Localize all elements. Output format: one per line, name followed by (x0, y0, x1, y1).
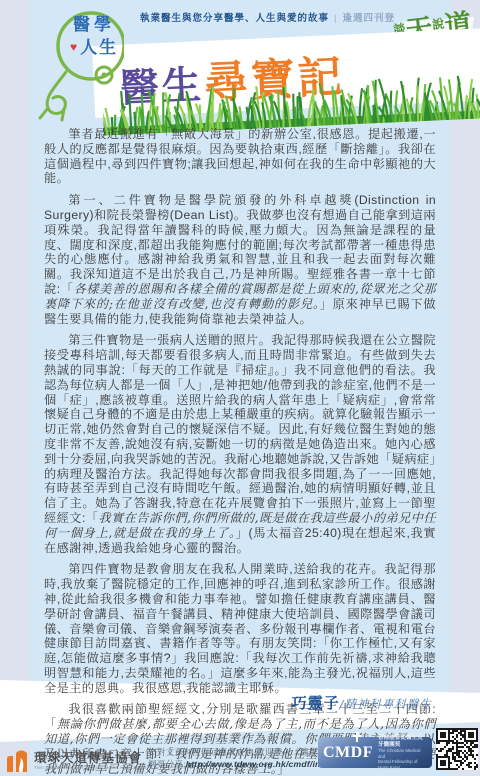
tiendao-logo-icon (6, 746, 31, 773)
logo-text: 醫學 ♥人生 (62, 14, 126, 60)
paragraph: 第三件寶物是一張病人送贈的照片。我記得那時候我還在公立醫院接受專科培訓,每天都要… (44, 333, 436, 555)
paragraph: 第四件寶物是教會朋友在我私人開業時,送給我的花卉。我記得那時,我放棄了醫院穩定的… (44, 562, 436, 695)
logo-line1: 醫學 (62, 14, 126, 37)
logo-line2-text: 人生 (80, 38, 118, 57)
cmdf-name-en2: Dental Fellowship of Hong Kong (378, 759, 427, 770)
cross-icon (353, 732, 361, 742)
paragraph-text: 筆者最近搬進有「無敵大海景」的新辦公室,很感恩。提起搬遷,一般人的反應都是覺得很… (44, 127, 436, 185)
tagline-divider: | (334, 13, 337, 24)
contact-label: 網頁分享: (148, 759, 186, 769)
cmdf-name-en1: The Christian Medical and (378, 748, 427, 759)
cmdf-names: 香港基督徒醫生及牙醫團契 The Christian Medical and D… (378, 735, 427, 771)
org-name-zh: 環球天道傳基協會 (34, 752, 146, 766)
paragraph: 第一、二件寶物是醫學院頒發的外科卓越獎(Distinction in Surge… (44, 193, 436, 326)
heart-icon: ♥ (70, 40, 79, 54)
paragraph-text: 第四件寶物是教會朋友在我私人開業時,送給我的花卉。我記得那時,我放棄了醫院穩定的… (44, 562, 436, 694)
qr-code-icon (436, 728, 478, 770)
footer: 環球天道傳基協會 Tien Dao Worldwide Christian Me… (0, 726, 480, 776)
org-name-en: Tien Dao Worldwide Christian Media Assoc… (34, 766, 146, 771)
author-name: 巧靈子 (292, 695, 340, 712)
logo-line2: ♥人生 (62, 37, 126, 60)
article-body: 筆者最近搬進有「無敵大海景」的新辦公室,很感恩。提起搬遷,一般人的反應都是覺得很… (44, 127, 436, 776)
cmdf-abbr: CMDF (323, 744, 373, 762)
header-tagline-row: 執業醫生與您分享醫學、人生與愛的故事|逢週四刊登 (140, 10, 410, 24)
cmdf-name-zh: 香港基督徒醫生及牙醫團契 (378, 735, 427, 749)
page: 執業醫生與您分享醫學、人生與愛的故事|逢週四刊登 談天說道 醫生尋寶記 醫學 ♥… (0, 0, 480, 776)
org-name-block: 環球天道傳基協會 Tien Dao Worldwide Christian Me… (34, 752, 146, 771)
tagline-text: 執業醫生與您分享醫學、人生與愛的故事 (140, 13, 329, 24)
author-signature: 巧靈子/精神科專科醫生 (292, 692, 432, 713)
author-role: /精神科專科醫生 (340, 697, 432, 711)
paragraph-text: 第三件寶物是一張病人送贈的照片。我記得那時候我還在公立醫院接受專科培訓,每天都要… (44, 333, 436, 525)
medicine-life-logo: 醫學 ♥人生 (28, 2, 124, 124)
paragraph: 筆者最近搬進有「無敵大海景」的新辦公室,很感恩。提起搬遷,一般人的反應都是覺得很… (44, 127, 436, 186)
paragraph-text: 第一、二件寶物是醫學院頒發的外科卓越獎(Distinction in Surge… (44, 193, 436, 296)
cmdf-badge: CMDF 香港基督徒醫生及牙醫團契 The Christian Medical … (318, 737, 432, 768)
